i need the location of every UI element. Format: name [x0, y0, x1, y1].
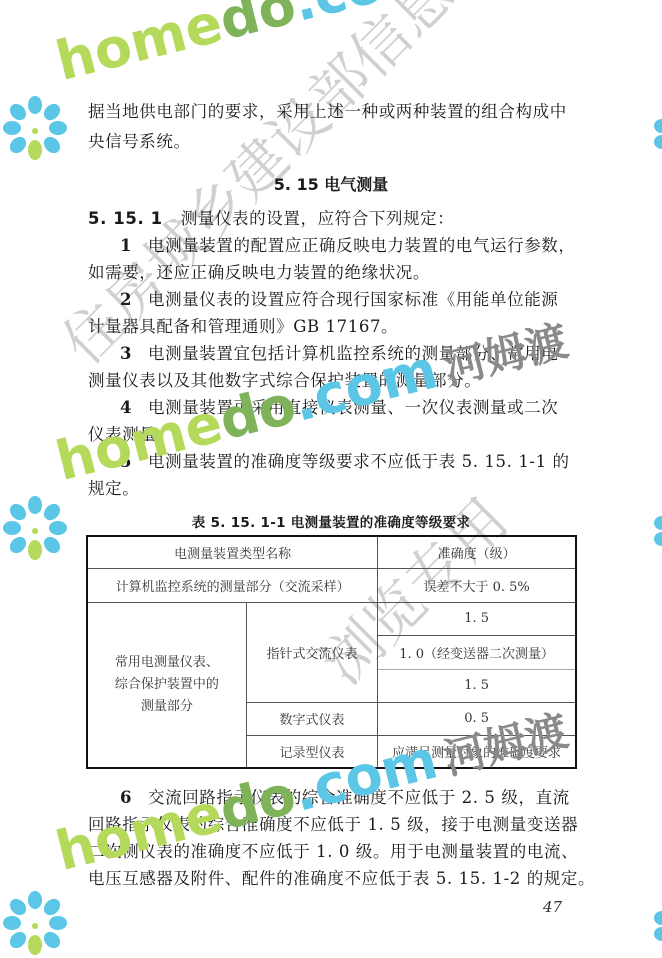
watermark-brand-top: homedo.com河姆渡	[50, 0, 574, 93]
item-text: 电测量装置的配置应正确反映电力装置的电气运行参数，	[148, 236, 576, 255]
homedo-logo-icon	[2, 890, 68, 956]
table-row: 计算机监控系统的测量部分（交流采样） 误差不大于 0. 5%	[87, 568, 576, 602]
cell-group-name: 常用电测量仪表、 综合保护装置中的 测量部分	[87, 602, 246, 768]
item-text: 电测量装置宜包括计算机监控系统的测量部分、常用电	[148, 344, 558, 363]
cell-recording-accuracy: 应满足测量对象的准确度要求	[378, 735, 576, 768]
cell-digital-instrument: 数字式仪表	[246, 702, 377, 735]
item-6-line-4: 电压互感器及附件、配件的准确度不应低于表 5. 15. 1-2 的规定。	[88, 868, 595, 890]
item-number: 6	[120, 787, 148, 809]
group-name-line: 测量部分	[88, 696, 246, 718]
cell-pointer-accuracy-3: 1. 5	[378, 669, 576, 702]
homedo-logo-partial-icon	[650, 900, 662, 950]
item-4-line-1: 4电测量装置可采用直接仪表测量、一次仪表测量或二次	[120, 397, 558, 419]
table-row: 常用电测量仪表、 综合保护装置中的 测量部分 指针式交流仪表 1. 5	[87, 602, 576, 635]
item-text: 电测量装置的准确度等级要求不应低于表 5. 15. 1-1 的	[148, 452, 570, 471]
item-text: 电测量仪表的设置应符合现行国家标准《用能单位能源	[148, 290, 558, 309]
item-number: 3	[120, 343, 148, 365]
item-6-line-3: 二次侧仪表的准确度不应低于 1. 0 级。用于电测量装置的电流、	[88, 841, 578, 863]
item-6-line-2: 回路指示仪表的综合准确度不应低于 1. 5 级，接于电测量变送器	[88, 814, 578, 836]
continuation-line-1: 据当地供电部门的要求，采用上述一种或两种装置的组合构成中	[88, 101, 567, 123]
clause-5-15-1: 5. 15. 1测量仪表的设置，应符合下列规定：	[88, 208, 454, 230]
cell-pointer-accuracy-1: 1. 5	[378, 602, 576, 635]
page-number: 47	[543, 898, 562, 916]
item-5-line-2: 规定。	[88, 478, 139, 500]
cell-pointer-instrument: 指针式交流仪表	[246, 602, 377, 702]
clause-text: 测量仪表的设置，应符合下列规定：	[181, 209, 455, 228]
cell-pointer-accuracy-2: 1. 0（经变送器二次测量）	[378, 635, 576, 669]
item-1-line-2: 如需要，还应正确反映电力装置的绝缘状况。	[88, 262, 430, 284]
item-3-line-2: 测量仪表以及其他数字式综合保护装置的测量部分。	[88, 370, 481, 392]
item-number: 4	[120, 397, 148, 419]
item-3-line-1: 3电测量装置宜包括计算机监控系统的测量部分、常用电	[120, 343, 558, 365]
table-header-row: 电测量装置类型名称 准确度（级）	[87, 536, 576, 568]
item-5-line-1: 5电测量装置的准确度等级要求不应低于表 5. 15. 1-1 的	[120, 451, 570, 473]
section-heading: 5. 15 电气测量	[0, 172, 662, 195]
item-4-line-2: 仪表测量。	[88, 424, 174, 446]
item-2-line-2: 计量器具配备和管理通则》GB 17167。	[88, 316, 398, 338]
continuation-line-2: 央信号系统。	[88, 131, 191, 153]
item-text: 交流回路指示仪表的综合准确度不应低于 2. 5 级，直流	[148, 788, 570, 807]
item-number: 2	[120, 289, 148, 311]
item-text: 电测量装置可采用直接仪表测量、一次仪表测量或二次	[148, 398, 558, 417]
homedo-logo-partial-icon	[650, 108, 662, 158]
group-name-line: 常用电测量仪表、	[88, 652, 246, 674]
item-6-line-1: 6交流回路指示仪表的综合准确度不应低于 2. 5 级，直流	[120, 787, 570, 809]
accuracy-table: 电测量装置类型名称 准确度（级） 计算机监控系统的测量部分（交流采样） 误差不大…	[86, 535, 577, 769]
header-type-name: 电测量装置类型名称	[87, 536, 378, 568]
item-number: 5	[120, 451, 148, 473]
header-accuracy: 准确度（级）	[378, 536, 576, 568]
group-name-line: 综合保护装置中的	[88, 674, 246, 696]
item-number: 1	[120, 235, 148, 257]
clause-number: 5. 15. 1	[88, 209, 163, 228]
cell-digital-accuracy: 0. 5	[378, 702, 576, 735]
table-caption: 表 5. 15. 1-1 电测量装置的准确度等级要求	[0, 511, 662, 531]
cell-recording-instrument: 记录型仪表	[246, 735, 377, 768]
document-page: 住房城乡建设部信息公开 浏览专用 据当地供电部门的要求，采用上述一种或两种装置的…	[0, 0, 662, 958]
item-1-line-1: 1电测量装置的配置应正确反映电力装置的电气运行参数，	[120, 235, 576, 257]
cell-computer-accuracy: 误差不大于 0. 5%	[378, 568, 576, 602]
cell-computer-monitoring: 计算机监控系统的测量部分（交流采样）	[87, 568, 378, 602]
homedo-logo-icon	[2, 95, 68, 161]
item-2-line-1: 2电测量仪表的设置应符合现行国家标准《用能单位能源	[120, 289, 558, 311]
